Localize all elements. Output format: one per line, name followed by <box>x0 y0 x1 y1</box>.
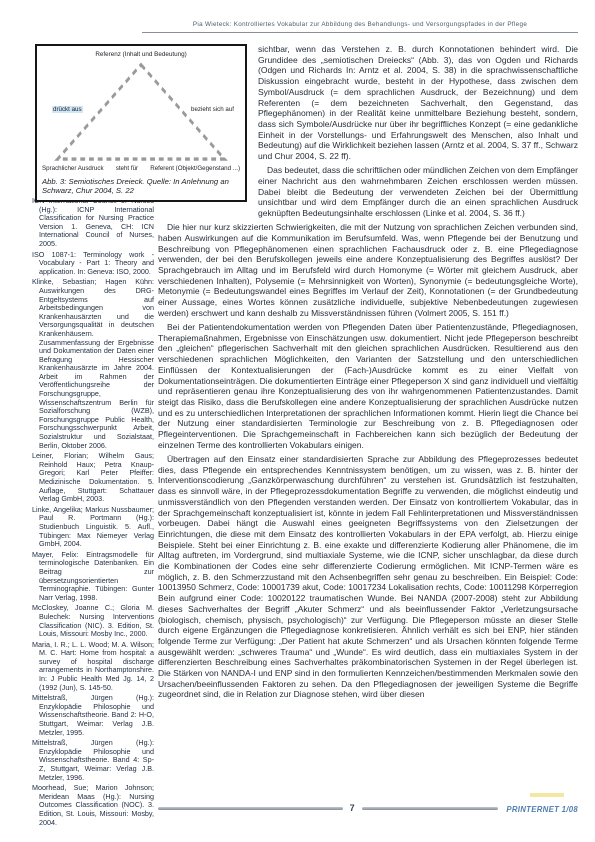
footer-rule-right <box>362 807 499 810</box>
triangle-apex-label: Referenz (Inhalt und Bedeutung) <box>42 51 240 58</box>
triangle-bottom-center-label: steht für <box>116 165 138 172</box>
journal-page: Pia Wieteck: Kontrolliertes Vokabular zu… <box>0 0 595 842</box>
figure-caption: Abb. 3: Semiotisches Dreieck. Quelle: In… <box>42 177 240 196</box>
triangle-diagram: drückt aus bezieht sich auf <box>44 59 238 165</box>
reference-entry: Linke, Angelika; Markus Nussbaumer; Paul… <box>32 506 154 549</box>
reference-entry: Mittelstraß, Jürgen (Hg.): Enzyklopädie … <box>32 739 154 782</box>
journal-name: PrInterNet 1/08 <box>506 805 578 814</box>
running-head: Pia Wieteck: Kontrolliertes Vokabular zu… <box>142 21 578 33</box>
highlight-artifact <box>530 793 564 797</box>
reference-entry: Leiner, Florian; Wilhelm Gaus; Reinhold … <box>32 452 154 504</box>
reference-entry: ICN International Council of Nurses (Hg.… <box>32 197 154 249</box>
reference-entry: ISO 1087-1: Terminology work - Vocabular… <box>32 251 154 277</box>
body-paragraph: Bei der Patientendokumentation werden vo… <box>158 322 578 450</box>
reference-entry: McCloskey, Joanne C.; Gloria M. Bulechek… <box>32 604 154 638</box>
reference-entry: Moorhead, Sue; Marion Johnson; Meridean … <box>32 784 154 827</box>
journal-name-wrap: PrInterNet 1/08 <box>506 799 578 817</box>
body-paragraph: Übertragen auf den Einsatz einer standar… <box>158 454 578 700</box>
triangle-right-edge-label: bezieht sich auf <box>191 106 234 113</box>
triangle-bottom-right-label: Referent (Objekt/Gegenstand ...) <box>150 165 240 172</box>
page-number: 7 <box>350 803 355 813</box>
page-footer: 7 PrInterNet 1/08 <box>158 801 578 815</box>
figure-semiotic-triangle: Referenz (Inhalt und Bedeutung) drückt a… <box>35 44 247 202</box>
reference-entry: Mayer, Felix: Eintragsmodelle für termin… <box>32 551 154 603</box>
footer-rule-left <box>158 807 343 810</box>
triangle-left-edge-label: drückt aus <box>52 106 83 113</box>
reference-entry: Mittelstraß, Jürgen (Hg.): Enzyklopädie … <box>32 694 154 737</box>
triangle-bottom-left-label: Sprachlicher Ausdruck <box>42 165 104 172</box>
reference-entry: Maria, I. R.; L. L. Wood; M. A. Wilson; … <box>32 641 154 693</box>
body-paragraph: Die hier nur kurz skizzierten Schwierigk… <box>158 222 578 318</box>
reference-entry: Klinke, Sebastian; Hagen Kühn: Auswirkun… <box>32 278 154 450</box>
triangle-base-labels: Sprachlicher Ausdruck steht für Referent… <box>42 165 240 172</box>
figure-inner: Referenz (Inhalt und Bedeutung) drückt a… <box>37 46 245 200</box>
margin-references: ICN International Council of Nurses (Hg.… <box>32 197 154 829</box>
